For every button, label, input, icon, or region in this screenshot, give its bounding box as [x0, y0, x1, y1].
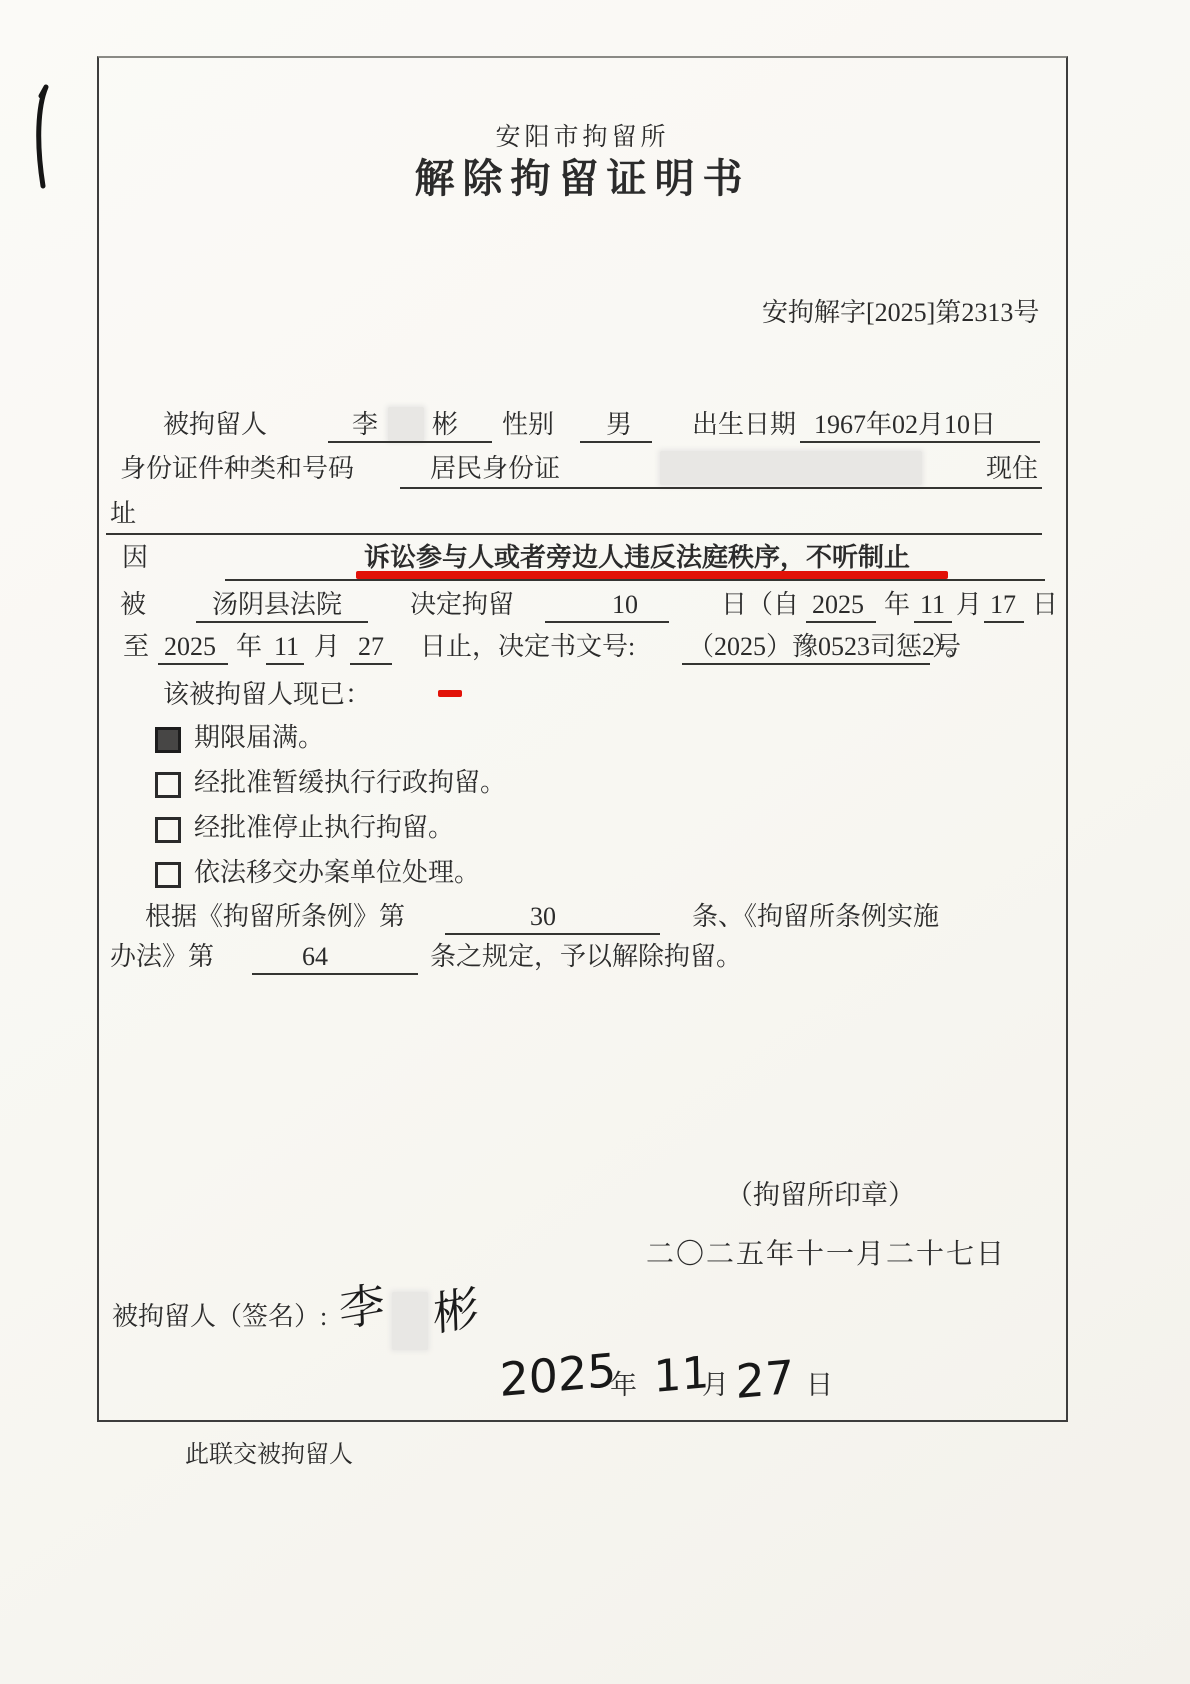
end-day: 27: [358, 630, 384, 664]
red-underline: [356, 571, 948, 579]
signature-day-unit: 日: [806, 1368, 833, 1402]
from-month-unit: 月: [956, 588, 982, 622]
detention-days: 10: [612, 588, 638, 622]
birth-label: 出生日期: [692, 408, 796, 442]
legal-line1-prefix: 根据《拘留所条例》第: [145, 900, 405, 934]
gender-label: 性别: [502, 408, 554, 442]
address-label: 址: [110, 497, 136, 531]
field-underline: [545, 621, 669, 623]
checkbox-transferred: [155, 862, 181, 888]
from-label: 日（自: [721, 588, 799, 622]
from-day: 17: [990, 588, 1016, 622]
seal-note: （拘留所印章）: [726, 1178, 915, 1212]
decision-ref: （2025）豫0523司惩2号: [688, 630, 961, 664]
end-closing: ）。: [932, 630, 971, 664]
end-month-unit: 月: [314, 630, 340, 664]
legal-article1: 30: [530, 900, 556, 934]
decision-label: 被: [120, 588, 146, 622]
from-month: 11: [920, 588, 945, 622]
status-label: 该被拘留人现已：: [163, 678, 371, 712]
checkbox-term-expired: [155, 727, 181, 753]
signature-day: 27: [735, 1355, 794, 1404]
field-underline: [328, 441, 492, 443]
signature-label: 被拘留人（签名）:: [112, 1300, 327, 1334]
doc-number: 安拘解字[2025]第2313号: [762, 296, 1039, 330]
end-month: 11: [274, 630, 299, 664]
field-underline: [106, 533, 1042, 535]
scanned-release-certificate: 安阳市拘留所 解除拘留证明书 安拘解字[2025]第2313号 被拘留人 李 彬…: [0, 0, 1190, 1684]
signature-year-unit: 年: [610, 1368, 637, 1402]
legal-line1-suffix: 条、《拘留所条例实施: [692, 900, 939, 934]
from-year-unit: 年: [884, 588, 910, 622]
residence-prefix: 现住: [986, 452, 1038, 486]
checkbox-transferred-label: 依法移交办案单位处理。: [194, 856, 480, 890]
field-underline: [400, 487, 1042, 489]
decision-authority: 汤阴县法院: [212, 588, 342, 622]
signature-given-name: 彬: [432, 1284, 479, 1338]
until-label: 至: [123, 630, 149, 664]
signature-year: 2025: [499, 1348, 616, 1402]
field-underline: [806, 621, 876, 623]
signature-redaction-box: [392, 1292, 428, 1350]
gender-value: 男: [606, 408, 632, 442]
signature-surname: 李: [338, 1280, 385, 1334]
signature-month-unit: 月: [702, 1368, 729, 1402]
end-year: 2025: [164, 630, 216, 664]
red-dash: [438, 690, 462, 697]
id-label: 身份证件种类和号码: [120, 452, 354, 486]
field-underline: [914, 621, 952, 623]
from-day-unit: 日: [1032, 588, 1058, 622]
birth-date: 1967年02月10日: [814, 408, 996, 442]
field-underline: [800, 441, 1040, 443]
id-type: 居民身份证: [430, 452, 560, 486]
reason-label: 因: [122, 541, 148, 575]
id-number-redaction-box: [660, 451, 922, 485]
legal-article2: 64: [302, 940, 328, 974]
org-name: 安阳市拘留所: [97, 121, 1068, 155]
name-redaction-box: [388, 407, 424, 441]
checkbox-suspended: [155, 772, 181, 798]
field-underline: [252, 973, 418, 975]
issue-date: 二〇二五年十一月二十七日: [646, 1238, 1006, 1272]
checkbox-suspended-label: 经批准暂缓执行行政拘留。: [194, 766, 506, 800]
field-underline: [682, 663, 930, 665]
reason-text: 诉讼参与人或者旁边人违反法庭秩序，不听制止: [364, 541, 910, 575]
field-underline: [158, 663, 228, 665]
copy-note: 此联交被拘留人: [185, 1438, 353, 1472]
field-underline: [196, 621, 368, 623]
end-year-unit: 年: [236, 630, 262, 664]
end-until-label: 日止，决定书文号:: [420, 630, 635, 664]
field-underline: [266, 663, 304, 665]
pen-mark: [30, 84, 64, 196]
from-year: 2025: [812, 588, 864, 622]
doc-title: 解除拘留证明书: [97, 162, 1068, 196]
field-underline: [580, 441, 652, 443]
detainee-given-name: 彬: [432, 408, 458, 442]
field-underline: [225, 579, 1045, 581]
field-underline: [350, 663, 392, 665]
legal-line2-suffix: 条之规定，予以解除拘留。: [430, 940, 742, 974]
detainee-label: 被拘留人: [163, 408, 267, 442]
field-underline: [445, 933, 660, 935]
legal-line2-prefix: 办法》第: [110, 940, 214, 974]
detainee-surname: 李: [352, 408, 378, 442]
checkbox-term-expired-label: 期限届满。: [194, 721, 324, 755]
decide-detention-label: 决定拘留: [410, 588, 514, 622]
field-underline: [984, 621, 1024, 623]
checkbox-stopped: [155, 817, 181, 843]
checkbox-stopped-label: 经批准停止执行拘留。: [194, 811, 454, 845]
